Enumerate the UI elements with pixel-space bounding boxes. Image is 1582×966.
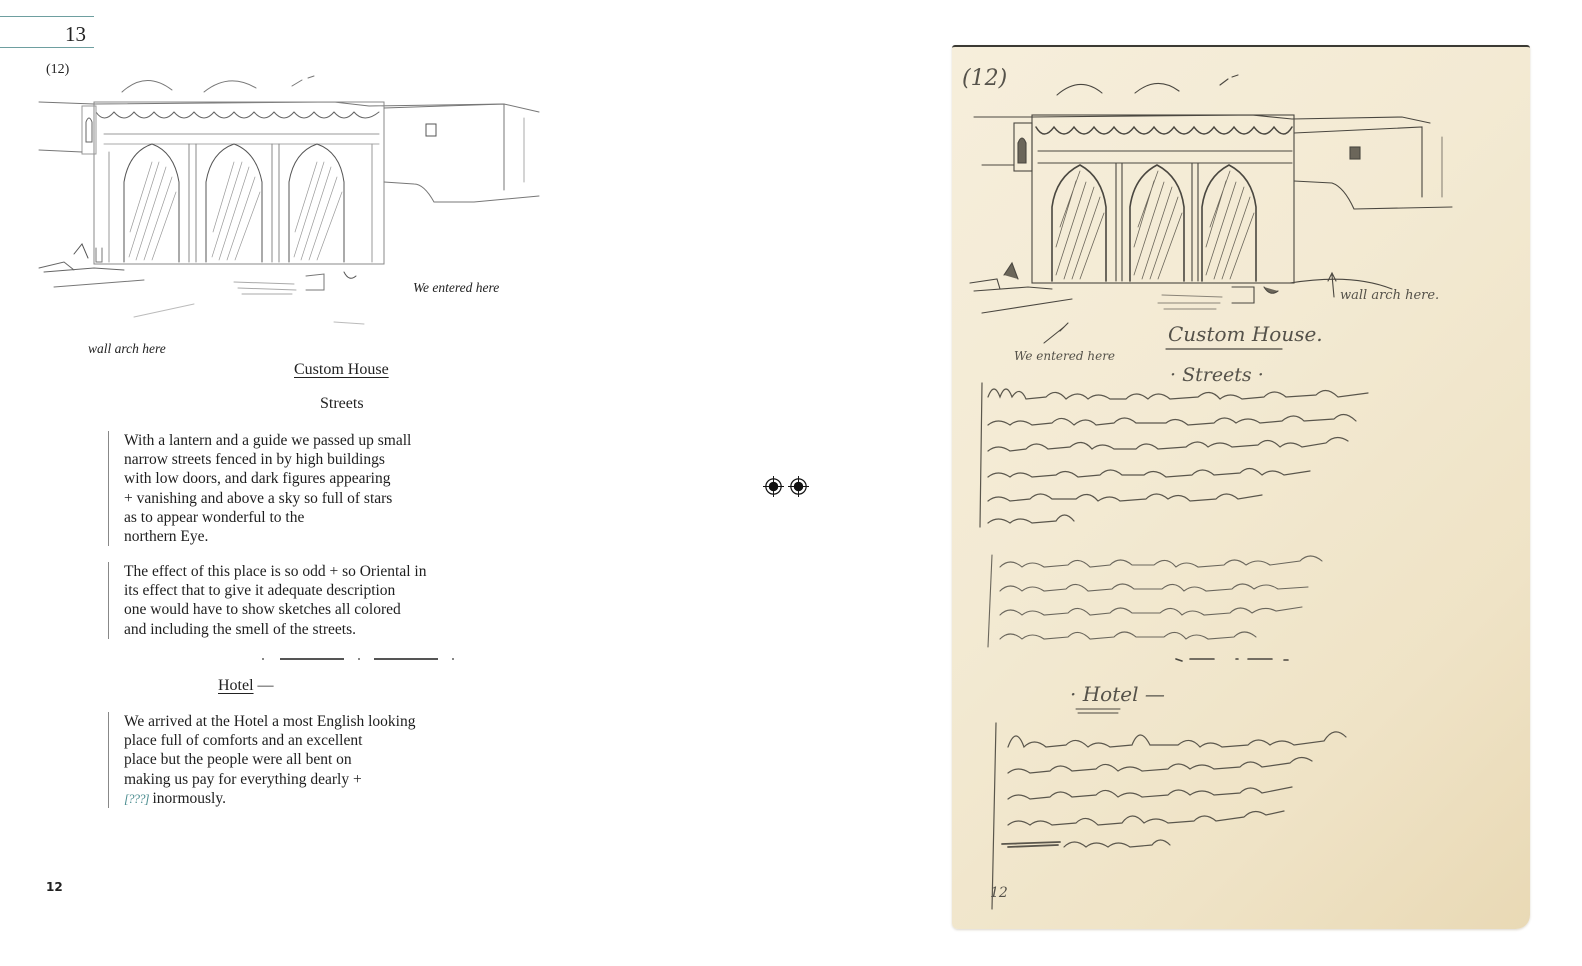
- text-line: [???] inormously.: [124, 789, 415, 808]
- manuscript-paragraph-effect: [988, 555, 1322, 647]
- manuscript-annotation-wall-arch: wall arch here.: [1340, 288, 1439, 303]
- text-line: making us pay for everything dearly +: [124, 770, 415, 789]
- text-line: northern Eye.: [124, 527, 411, 546]
- paragraph-effect: The effect of this place is so odd + so …: [108, 562, 426, 639]
- text-line: as to appear wonderful to the: [124, 508, 411, 527]
- text-line: its effect that to give it adequate desc…: [124, 581, 426, 600]
- text-line: With a lantern and a guide we passed up …: [124, 431, 411, 450]
- heading-hotel-dash: —: [254, 677, 274, 694]
- illegible-word-marker: [???]: [124, 791, 149, 806]
- text-line: and including the smell of the streets.: [124, 620, 426, 639]
- manuscript-heading-streets: · Streets ·: [1170, 364, 1264, 386]
- crosshair-target-icon[interactable]: [763, 476, 784, 497]
- paragraph-hotel: We arrived at the Hotel a most English l…: [108, 712, 415, 808]
- manuscript-annotation-entered: We entered here: [1014, 349, 1115, 363]
- manuscript-page-scan: (12): [952, 45, 1530, 929]
- manuscript-heading-hotel: · Hotel —: [1070, 682, 1165, 706]
- text-line: place but the people were all bent on: [124, 750, 415, 769]
- text-line: place full of comforts and an excellent: [124, 731, 415, 750]
- manuscript-paragraph-hotel: [992, 723, 1346, 909]
- manuscript-heading-custom-house: Custom House.: [1168, 322, 1323, 346]
- footer-page-number: 12: [46, 880, 63, 894]
- crosshair-target-icon[interactable]: [788, 476, 809, 497]
- caption-we-entered-here: We entered here: [413, 280, 499, 296]
- heading-hotel-label: Hotel: [218, 677, 254, 694]
- text-line: narrow streets fenced in by high buildin…: [124, 450, 411, 469]
- manuscript-footer-page-number: 12: [990, 885, 1008, 901]
- text-line: one would have to show sketches all colo…: [124, 600, 426, 619]
- compare-view-control[interactable]: [763, 476, 813, 498]
- paragraph-streets: With a lantern and a guide we passed up …: [108, 431, 411, 546]
- manuscript-page-ref: (12): [962, 66, 1007, 91]
- manuscript-paragraph-streets: [980, 383, 1368, 527]
- page-number: 13: [65, 22, 86, 47]
- heading-streets: Streets: [320, 395, 364, 413]
- page-number-header: 13: [0, 16, 94, 48]
- heading-custom-house: Custom House: [294, 361, 389, 379]
- text-line: We arrived at the Hotel a most English l…: [124, 712, 415, 731]
- caption-wall-arch-here: wall arch here: [88, 341, 166, 357]
- text-line: with low doors, and dark figures appeari…: [124, 469, 411, 488]
- text-line: The effect of this place is so odd + so …: [124, 562, 426, 581]
- text-fragment: inormously.: [149, 790, 226, 807]
- text-line: + vanishing and above a sky so full of s…: [124, 489, 411, 508]
- section-divider: [262, 656, 462, 662]
- heading-hotel: Hotel —: [218, 677, 274, 695]
